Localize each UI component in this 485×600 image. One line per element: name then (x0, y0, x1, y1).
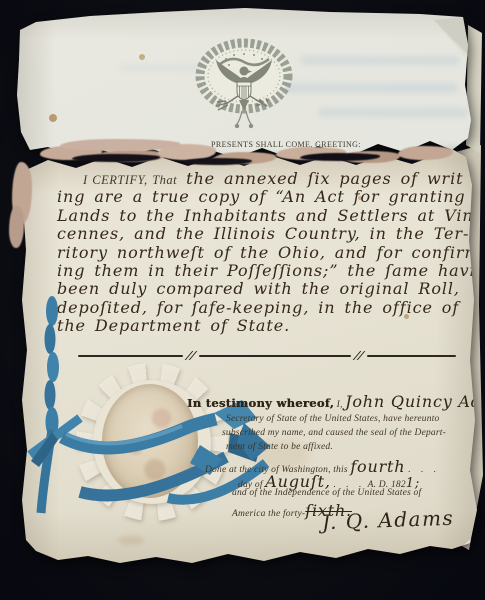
main-sheet: I CERTIFY, That the annexed ſix pages of… (0, 0, 485, 600)
signature-script: J. Q. Adams (322, 506, 455, 535)
independence-text: America the forty- (232, 509, 305, 519)
testimony-block: In testimony whereof, I, John Quincy Ada… (0, 0, 485, 600)
photo-background: PRESENTS SHALL COME, GREETING: I CERTIFY… (0, 0, 485, 600)
testimony-line: subscribed my name, and caused the seal … (222, 428, 446, 438)
blackletter-phrase: In testimony whereof, (187, 396, 334, 410)
pronoun: I, (337, 400, 343, 410)
testimony-opening: In testimony whereof, I, John Quincy Ada… (187, 392, 485, 411)
testimony-line: ment of State to be affixed. (226, 442, 333, 452)
signer-name-script: John Quincy Adams, (345, 392, 485, 411)
testimony-line: Secretary of State of the United States,… (226, 414, 440, 424)
independence-line: and of the Independence of the United St… (232, 488, 421, 498)
